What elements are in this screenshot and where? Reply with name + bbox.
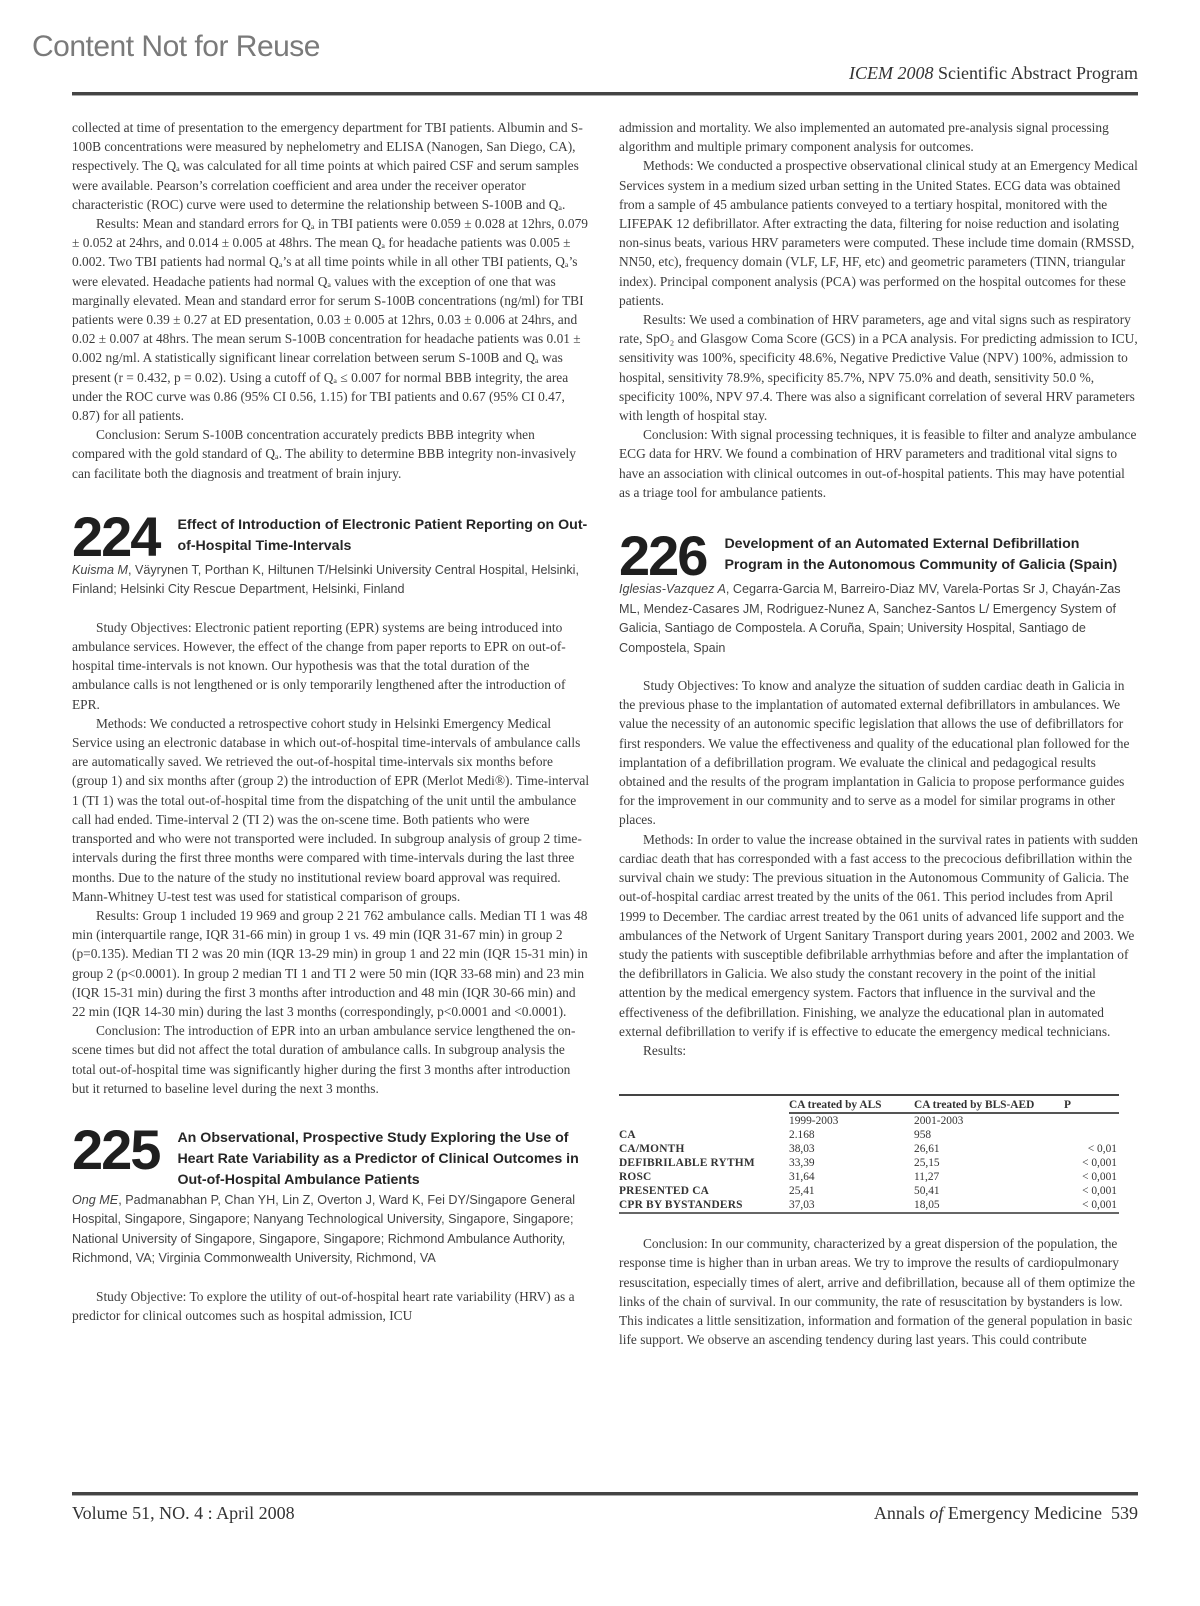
watermark: Content Not for Reuse (32, 30, 320, 64)
table-period-row: 1999-2003 2001-2003 (619, 1113, 1119, 1128)
table-row: CPR BY BYSTANDERS 37,03 18,05 < 0,001 (619, 1198, 1119, 1213)
table-row-label: CPR BY BYSTANDERS (619, 1198, 789, 1213)
continued-abstract-results: Results: Mean and standard errors for Qₐ… (72, 214, 590, 425)
table-row-label: CA (619, 1128, 789, 1142)
abstract-authors: Iglesias-Vazquez A, Cegarra-Garcia M, Ba… (619, 580, 1139, 658)
abstract-224-header: 224 Effect of Introduction of Electronic… (72, 513, 590, 561)
table-row-label: CA/MONTH (619, 1142, 789, 1156)
table-cell: 26,61 (914, 1142, 1064, 1156)
authors-affiliations: , Padmanabhan P, Chan YH, Lin Z, Overton… (72, 1193, 575, 1266)
abstract-results: Results: We used a combination of HRV pa… (619, 310, 1139, 425)
table-row: DEFIBRILABLE RYTHM 33,39 25,15 < 0,001 (619, 1156, 1119, 1170)
table-cell: 50,41 (914, 1184, 1064, 1198)
lead-author: Iglesias-Vazquez A (619, 582, 726, 596)
footer-journal: Annals of Emergency Medicine 539 (874, 1503, 1138, 1524)
table-cell (1064, 1113, 1119, 1128)
footer-journal-pre: Annals (874, 1503, 930, 1523)
abstract-objectives: Study Objectives: Electronic patient rep… (72, 618, 590, 714)
continued-abstract-paragraph: collected at time of presentation to the… (72, 118, 590, 214)
abstract-number: 224 (72, 513, 159, 561)
table-cell: 38,03 (789, 1142, 914, 1156)
table-header-row: CA treated by ALS CA treated by BLS-AED … (619, 1095, 1119, 1113)
table-cell: 958 (914, 1128, 1064, 1142)
abstract-objective: Study Objective: To explore the utility … (72, 1287, 590, 1325)
abstract-conclusion: Conclusion: With signal processing techn… (619, 425, 1139, 502)
table-cell: 1999-2003 (789, 1113, 914, 1128)
table-header-cell: CA treated by BLS-AED (914, 1095, 1064, 1113)
top-rule (72, 92, 1138, 96)
continued-abstract-paragraph: admission and mortality. We also impleme… (619, 118, 1139, 156)
abstract-title: Effect of Introduction of Electronic Pat… (177, 513, 590, 557)
table-row: CA 2.168 958 (619, 1128, 1119, 1142)
table-cell: 18,05 (914, 1198, 1064, 1213)
abstract-methods: Methods: We conducted a prospective obse… (619, 156, 1139, 310)
abstract-conclusion: Conclusion: In our community, characteri… (619, 1234, 1139, 1349)
table-cell: < 0,001 (1064, 1170, 1119, 1184)
table-row-label: ROSC (619, 1170, 789, 1184)
table-header-cell: P (1064, 1095, 1119, 1113)
abstract-authors: Ong ME, Padmanabhan P, Chan YH, Lin Z, O… (72, 1191, 590, 1269)
abstract-title: An Observational, Prospective Study Expl… (177, 1126, 590, 1191)
table-row: ROSC 31,64 11,27 < 0,001 (619, 1170, 1119, 1184)
abstract-225-header: 225 An Observational, Prospective Study … (72, 1126, 590, 1191)
footer-journal-post: Emergency Medicine (943, 1503, 1102, 1523)
table-cell: 31,64 (789, 1170, 914, 1184)
right-column: admission and mortality. We also impleme… (619, 118, 1139, 1349)
table-cell: 33,39 (789, 1156, 914, 1170)
abstract-title: Development of an Automated External Def… (724, 532, 1139, 576)
table-row-label: PRESENTED CA (619, 1184, 789, 1198)
abstract-results-label: Results: (619, 1041, 1139, 1060)
abstract-226-header: 226 Development of an Automated External… (619, 532, 1139, 580)
running-head-conference: ICEM 2008 (849, 63, 934, 83)
table-cell: < 0,001 (1064, 1156, 1119, 1170)
left-column: collected at time of presentation to the… (72, 118, 590, 1325)
table-cell: 11,27 (914, 1170, 1064, 1184)
table-row: PRESENTED CA 25,41 50,41 < 0,001 (619, 1184, 1119, 1198)
abstract-number: 225 (72, 1126, 159, 1174)
footer-volume-info: Volume 51, NO. 4 : April 2008 (72, 1503, 295, 1524)
footer-journal-of: of (929, 1503, 943, 1523)
table-cell: 2001-2003 (914, 1113, 1064, 1128)
table-cell: 2.168 (789, 1128, 914, 1142)
table-cell: 37,03 (789, 1198, 914, 1213)
abstract-methods: Methods: In order to value the increase … (619, 830, 1139, 1041)
continued-abstract-conclusion: Conclusion: Serum S-100B concentration a… (72, 425, 590, 483)
abstract-objectives: Study Objectives: To know and analyze th… (619, 676, 1139, 830)
table-cell: < 0,01 (1064, 1142, 1119, 1156)
results-table-wrapper: CA treated by ALS CA treated by BLS-AED … (619, 1094, 1139, 1214)
table-cell: < 0,001 (1064, 1198, 1119, 1213)
lead-author: Kuisma M (72, 563, 128, 577)
table-row: CA/MONTH 38,03 26,61 < 0,01 (619, 1142, 1119, 1156)
abstract-number: 226 (619, 532, 706, 580)
table-cell: < 0,001 (1064, 1184, 1119, 1198)
table-row-label: DEFIBRILABLE RYTHM (619, 1156, 789, 1170)
abstract-methods: Methods: We conducted a retrospective co… (72, 714, 590, 906)
abstract-conclusion: Conclusion: The introduction of EPR into… (72, 1021, 590, 1098)
table-cell: 25,41 (789, 1184, 914, 1198)
running-head: ICEM 2008 Scientific Abstract Program (849, 63, 1138, 84)
abstract-authors: Kuisma M, Väyrynen T, Porthan K, Hiltune… (72, 561, 590, 600)
table-header-cell (619, 1095, 789, 1113)
table-header-cell: CA treated by ALS (789, 1095, 914, 1113)
table-cell: 25,15 (914, 1156, 1064, 1170)
page-number: 539 (1111, 1503, 1138, 1523)
table-cell (619, 1113, 789, 1128)
lead-author: Ong ME (72, 1193, 118, 1207)
table-cell (1064, 1128, 1119, 1142)
abstract-results: Results: Group 1 included 19 969 and gro… (72, 906, 590, 1021)
bottom-rule (72, 1492, 1138, 1496)
running-head-title: Scientific Abstract Program (934, 63, 1138, 83)
authors-affiliations: , Väyrynen T, Porthan K, Hiltunen T/Hels… (72, 563, 579, 597)
results-table: CA treated by ALS CA treated by BLS-AED … (619, 1094, 1119, 1214)
